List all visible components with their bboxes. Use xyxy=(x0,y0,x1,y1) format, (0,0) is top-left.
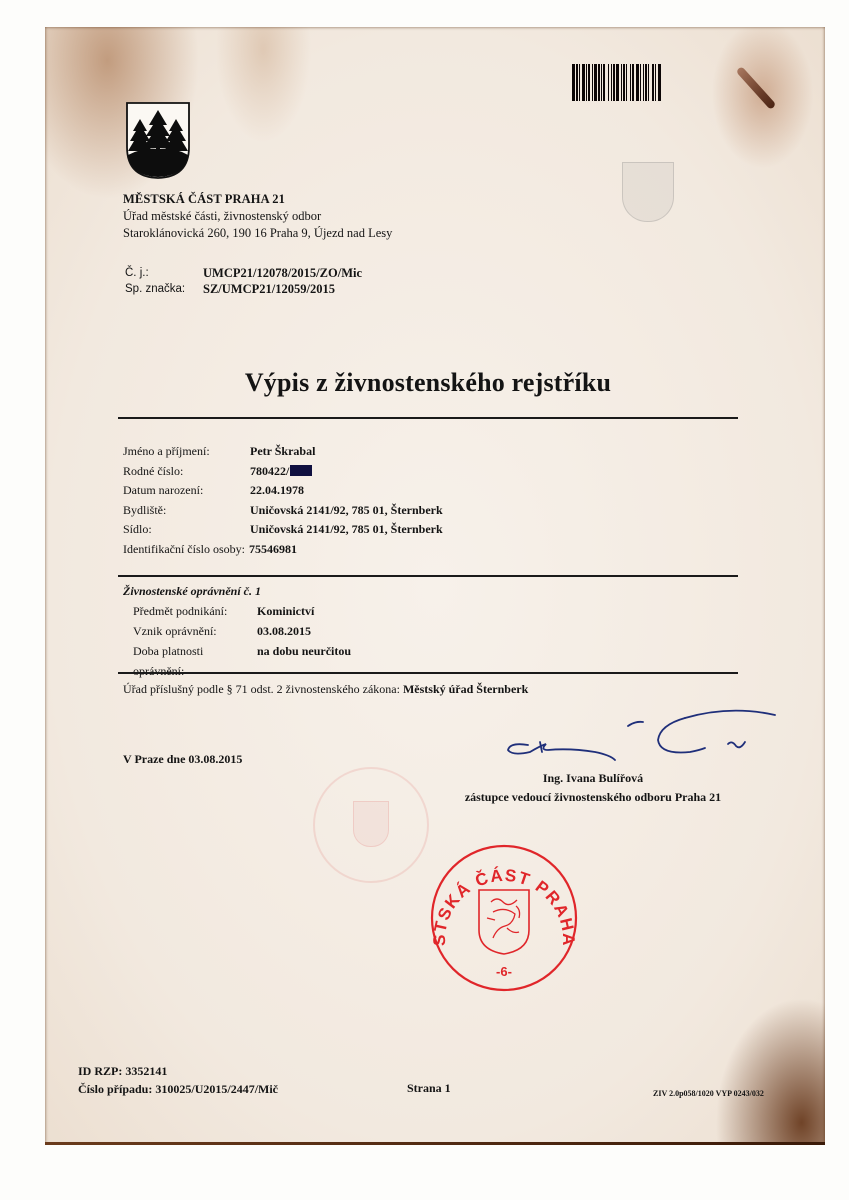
issuer-department: Úřad městské části, živnostenský odbor xyxy=(123,208,392,225)
rzp-id: ID RZP: 3352141 xyxy=(78,1062,278,1080)
divider xyxy=(118,672,738,674)
issuer-organization: MĚSTSKÁ ČÁST PRAHA 21 xyxy=(123,191,392,208)
reference-row: Sp. značka: SZ/UMCP21/12059/2015 xyxy=(125,281,362,297)
document-title: Výpis z živnostenského rejstříku xyxy=(118,368,738,398)
divider xyxy=(118,575,738,577)
signer-block: Ing. Ivana Bulířová zástupce vedoucí živ… xyxy=(440,769,746,807)
field-seat: Sídlo: Uničovská 2141/92, 785 01, Šternb… xyxy=(123,520,443,540)
permit-details: Předmět podnikání: Kominictví Vznik oprá… xyxy=(133,601,351,681)
signature xyxy=(500,700,780,770)
case-number: Číslo případu: 310025/U2015/2447/Mič xyxy=(78,1080,278,1098)
svg-text:-6-: -6- xyxy=(496,964,512,979)
field-id-number: Identifikační číslo osoby: 75546981 xyxy=(123,540,443,560)
barcode xyxy=(572,64,740,101)
field-residence: Bydliště: Uničovská 2141/92, 785 01, Šte… xyxy=(123,501,443,521)
field-origin: Vznik oprávnění: 03.08.2015 xyxy=(133,621,351,641)
reference-row: Č. j.: UMCP21/12078/2015/ZO/Mic xyxy=(125,265,362,281)
coat-of-arms-icon xyxy=(125,101,191,180)
official-stamp: MĚSTSKÁ ČÁST PRAHA 21 -6- xyxy=(421,842,589,992)
page-number: Strana 1 xyxy=(407,1081,451,1096)
reference-label: Č. j.: xyxy=(125,265,203,281)
signer-role: zástupce vedoucí živnostenského odboru P… xyxy=(440,788,746,807)
reference-value: SZ/UMCP21/12059/2015 xyxy=(203,281,335,297)
field-subject: Předmět podnikání: Kominictví xyxy=(133,601,351,621)
reference-numbers: Č. j.: UMCP21/12078/2015/ZO/Mic Sp. znač… xyxy=(125,265,362,297)
ghost-crest xyxy=(622,162,674,222)
ghost-stamp xyxy=(313,767,429,883)
date-place: V Praze dne 03.08.2015 xyxy=(123,752,242,767)
person-details: Jméno a příjmení: Petr Škrabal Rodné čís… xyxy=(123,442,443,559)
issuer-header: MĚSTSKÁ ČÁST PRAHA 21 Úřad městské části… xyxy=(123,191,392,242)
field-birth-number: Rodné číslo: 780422/ xyxy=(123,462,443,482)
issuer-address: Staroklánovická 260, 190 16 Praha 9, Úje… xyxy=(123,225,392,242)
field-validity: Doba platnosti oprávnění: na dobu neurči… xyxy=(133,641,351,681)
redaction-mark xyxy=(290,465,312,476)
form-code: ZIV 2.0p058/1020 VYP 0243/032 xyxy=(653,1089,764,1098)
svg-text:MĚSTSKÁ ČÁST PRAHA 21: MĚSTSKÁ ČÁST PRAHA 21 xyxy=(421,842,578,946)
field-birth-date: Datum narození: 22.04.1978 xyxy=(123,481,443,501)
signer-name: Ing. Ivana Bulířová xyxy=(440,769,746,788)
field-name: Jméno a příjmení: Petr Škrabal xyxy=(123,442,443,462)
reference-label: Sp. značka: xyxy=(125,281,203,297)
reference-value: UMCP21/12078/2015/ZO/Mic xyxy=(203,265,362,281)
permit-title: Živnostenské oprávnění č. 1 xyxy=(123,584,261,599)
divider xyxy=(118,417,738,419)
footer-identifiers: ID RZP: 3352141 Číslo případu: 310025/U2… xyxy=(78,1062,278,1098)
competent-authority: Úřad příslušný podle § 71 odst. 2 živnos… xyxy=(123,682,528,697)
